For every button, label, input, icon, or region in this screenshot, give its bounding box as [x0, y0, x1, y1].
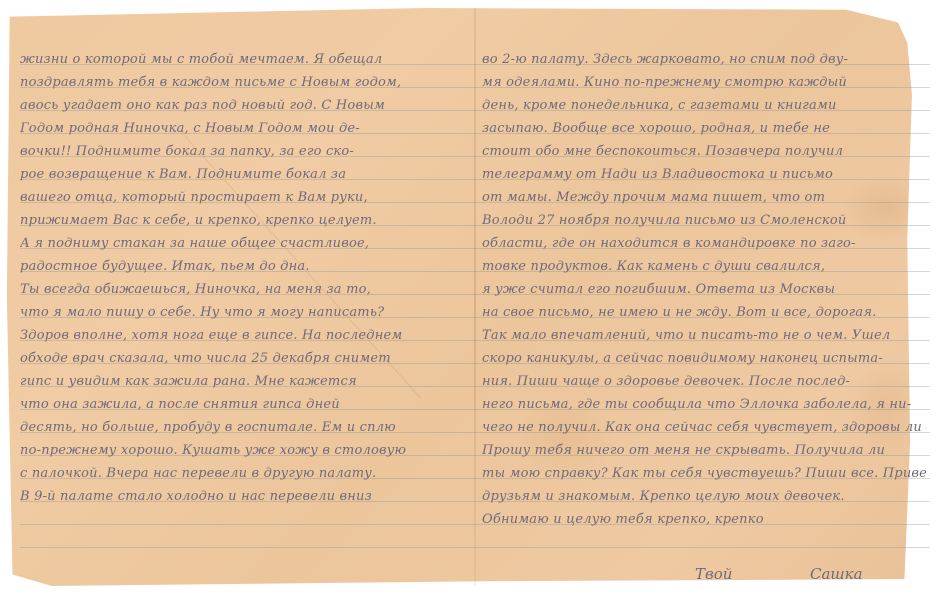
text-line: мя одеялами. Кино по-прежнему смотрю каж…	[482, 71, 927, 94]
text-line: ты мою справку? Как ты себя чувствуешь? …	[482, 462, 927, 485]
page-fold	[474, 8, 476, 586]
text-line: засыпаю. Вообще все хорошо, родная, и те…	[482, 117, 927, 140]
text-line: товке продуктов. Как камень с души свали…	[482, 255, 927, 278]
text-line: во 2-ю палату. Здесь жарковато, но спим …	[482, 48, 927, 71]
text-line: что она зажила, а после снятия гипса дне…	[20, 393, 470, 416]
text-line: А я подниму стакан за наше общее счастли…	[20, 232, 470, 255]
text-line: гипс и увидим как зажила рана. Мне кажет…	[20, 370, 470, 393]
text-line: вашего отца, который простирает к Вам ру…	[20, 186, 470, 209]
closing: Твой	[695, 565, 732, 583]
text-line: я уже считал его погибшим. Ответа из Мос…	[482, 278, 927, 301]
left-page-text: жизни о которой мы с тобой мечтаем. Я об…	[20, 48, 470, 508]
text-line: телеграмму от Нади из Владивостока и пис…	[482, 163, 927, 186]
text-line: прижимает Вас к себе, и крепко, крепко ц…	[20, 209, 470, 232]
text-line: день, кроме понедельника, с газетами и к…	[482, 94, 927, 117]
text-line: от мамы. Между прочим мама пишет, что от	[482, 186, 927, 209]
text-line: чего не получил. Как она сейчас себя чув…	[482, 416, 927, 439]
text-line: В 9-й палате стало холодно и нас перевел…	[20, 485, 470, 508]
text-line: области, где он находится в командировке…	[482, 232, 927, 255]
text-line: Володи 27 ноября получила письмо из Смол…	[482, 209, 927, 232]
text-line: друзьям и знакомым. Крепко целую моих де…	[482, 485, 927, 508]
text-line: Прошу тебя ничего от меня не скрывать. П…	[482, 439, 927, 462]
text-line: обходе врач сказала, что числа 25 декабр…	[20, 347, 470, 370]
text-line: десять, но больше, пробуду в госпитале. …	[20, 416, 470, 439]
signature: Сашка	[810, 565, 863, 583]
text-line: что я мало пишу о себе. Ну что я могу на…	[20, 301, 470, 324]
text-line: Обнимаю и целую тебя крепко, крепко	[482, 508, 927, 531]
text-line: на свое письмо, не имею и не жду. Вот и …	[482, 301, 927, 324]
text-line: рое возвращение к Вам. Поднимите бокал з…	[20, 163, 470, 186]
text-line: Так мало впечатлений, что и писать-то не…	[482, 324, 927, 347]
text-line: Здоров вполне, хотя нога еще в гипсе. На…	[20, 324, 470, 347]
text-line: ния. Пиши чаще о здоровье девочек. После…	[482, 370, 927, 393]
text-line: радостное будущее. Итак, пьем до дна.	[20, 255, 470, 278]
text-line: авось угадает оно как раз под новый год.…	[20, 94, 470, 117]
text-line: с палочкой. Вчера нас перевели в другую …	[20, 462, 470, 485]
text-line: стоит обо мне беспокоиться. Позавчера по…	[482, 140, 927, 163]
text-line: Годом родная Ниночка, с Новым Годом мои …	[20, 117, 470, 140]
ruled-line	[20, 547, 930, 548]
text-line: Ты всегда обижаешься, Ниночка, на меня з…	[20, 278, 470, 301]
text-line: вочки!! Поднимите бокал за папку, за его…	[20, 140, 470, 163]
text-line: скоро каникулы, а сейчас повидимому нако…	[482, 347, 927, 370]
text-line: него письма, где ты сообщила что Эллочка…	[482, 393, 927, 416]
right-page-text: во 2-ю палату. Здесь жарковато, но спим …	[482, 48, 927, 531]
text-line: жизни о которой мы с тобой мечтаем. Я об…	[20, 48, 470, 71]
text-line: поздравлять тебя в каждом письме с Новым…	[20, 71, 470, 94]
text-line: по-прежнему хорошо. Кушать уже хожу в ст…	[20, 439, 470, 462]
